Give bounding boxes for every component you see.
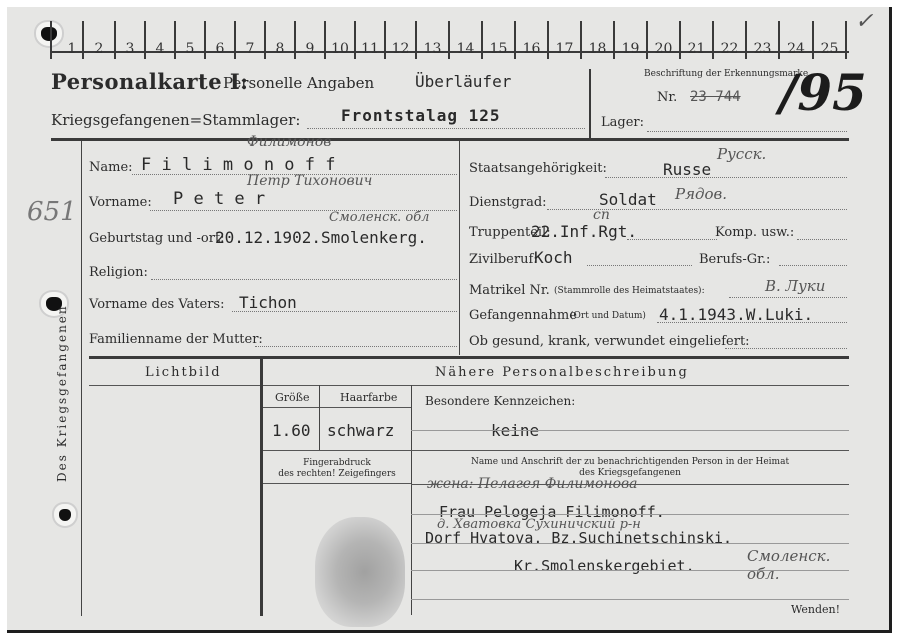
card-title: Personalkarte I: <box>51 69 249 94</box>
camp-value: Frontstalag 125 <box>341 106 501 125</box>
ruler-cell: 5 <box>174 21 204 59</box>
religion-label: Religion: <box>89 265 148 280</box>
vertical-label: Des Kriegsgefangenen <box>55 304 69 482</box>
ruler-cell: 23 <box>745 21 778 59</box>
ruler-cell: 25 <box>812 21 847 59</box>
fingerprint-label-line1: Fingerabdruck <box>263 458 411 469</box>
punch-hole <box>59 509 71 521</box>
ruler-cell: 16 <box>514 21 547 59</box>
rank-label: Dienstgrad: <box>469 195 547 210</box>
rank-handwritten: Рядов. <box>675 185 727 203</box>
health-label: Ob gesund, krank, verwundet eingeliefert… <box>469 334 750 349</box>
birth-label: Geburtstag und -ort: <box>89 231 225 246</box>
ruler-cell: 8 <box>264 21 294 59</box>
mother-label: Familienname der Mutter: <box>89 332 263 347</box>
ruler-cell: 18 <box>580 21 613 59</box>
ruler-cell: 12 <box>384 21 415 59</box>
capture-sublabel: (Ort und Datum) <box>570 311 646 321</box>
name-label: Name: <box>89 160 133 175</box>
name-handwritten: Филимонов <box>247 134 331 150</box>
matrikel-label: Matrikel Nr. <box>469 283 550 298</box>
fingerprint-impression <box>315 517 405 627</box>
photo-header: Lichtbild <box>145 365 222 380</box>
ruler-cell: 6 <box>204 21 234 59</box>
ruler-cell: 3 <box>114 21 144 59</box>
tag-handwritten-number: /95 <box>779 63 867 122</box>
ruler-cell: 20 <box>646 21 679 59</box>
matrikel-sublabel: (Stammrolle des Heimatstaates): <box>554 286 705 296</box>
ruler-cell: 13 <box>415 21 448 59</box>
ruler-cell: 1 <box>50 21 82 59</box>
check-mark: ✓ <box>855 9 873 34</box>
vorname-label: Vorname: <box>89 195 152 210</box>
ruler-cell: 19 <box>613 21 646 59</box>
ruler-cell: 22 <box>712 21 745 59</box>
turn-over-note: Wenden! <box>791 603 840 616</box>
company-label: Komp. usw.: <box>715 225 794 240</box>
matrikel-handwritten: В. Луки <box>765 277 825 295</box>
ruler-cell: 15 <box>481 21 514 59</box>
civil-occupation-value: Koch <box>534 248 573 267</box>
card-subtitle: Personelle Angaben <box>223 74 374 92</box>
contact-handwritten-1: жена: Пелагея Филимонова <box>427 476 638 492</box>
ruler-cell: 24 <box>778 21 812 59</box>
ruler-cell: 2 <box>82 21 114 59</box>
unit-value: 22.Inf.Rgt. <box>531 222 637 241</box>
ruler-cell: 21 <box>679 21 712 59</box>
civil-occupation-label: Zivilberuf: <box>469 252 538 267</box>
tag-nr-value: 23 744 <box>690 89 741 105</box>
capture-label: Gefangennahme <box>469 308 577 323</box>
fingerprint-label-line2: des rechten! Zeigefingers <box>263 469 411 480</box>
nationality-handwritten: Русск. <box>717 145 766 163</box>
fingerprint-label: Fingerabdruck des rechten! Zeigefingers <box>263 458 411 480</box>
defector-stamp: Überläufer <box>415 72 511 91</box>
ruler-cell: 10 <box>324 21 354 59</box>
nationality-label: Staatsangehörigkeit: <box>469 161 607 176</box>
name-value: F i l i m o n o f f <box>141 155 335 175</box>
profession-group-label: Berufs-Gr.: <box>699 252 770 267</box>
personnel-card: 1 2 3 4 5 6 7 8 9 10 11 12 13 14 15 16 1… <box>7 7 892 633</box>
hair-color-label: Haarfarbe <box>340 391 397 404</box>
ruler-cell: 17 <box>547 21 580 59</box>
handwritten-number: 651 <box>27 197 77 227</box>
ruler-cell: 9 <box>294 21 324 59</box>
contact-line-3: Kr.Smolenskergebiet. <box>514 557 695 575</box>
ruler-cell: 4 <box>144 21 174 59</box>
ruler-cell: 11 <box>354 21 384 59</box>
camp-label: Kriegsgefangenen=Stammlager: <box>51 111 300 129</box>
ruler-cell: 7 <box>234 21 264 59</box>
marks-label: Besondere Kennzeichen: <box>425 394 575 408</box>
birth-handwritten: Смоленск. обл <box>329 210 429 225</box>
unit-handwritten: сп <box>593 207 610 223</box>
contact-handwritten-3: Смоленск. обл. <box>747 547 837 583</box>
birth-value: 20.12.1902.Smolenkerg. <box>215 228 427 247</box>
father-value: Tichon <box>239 293 297 312</box>
vorname-value: P e t e r <box>173 189 265 209</box>
lager-label: Lager: <box>601 115 644 130</box>
hair-color-value: schwarz <box>327 421 394 440</box>
tag-nr-label: Nr. <box>657 90 677 105</box>
vorname-handwritten: Петр Тихонович <box>247 173 372 189</box>
height-value: 1.60 <box>272 421 311 440</box>
father-label: Vorname des Vaters: <box>89 297 224 312</box>
ruler-cell: 14 <box>448 21 481 59</box>
description-header: Nähere Personalbeschreibung <box>435 365 689 380</box>
height-label: Größe <box>275 391 310 404</box>
contact-line-2: Dorf Hvatova. Bz.Suchinetschinski. <box>425 529 732 547</box>
contact-caption-line1: Name und Anschrift der zu benachrichtige… <box>411 457 849 468</box>
